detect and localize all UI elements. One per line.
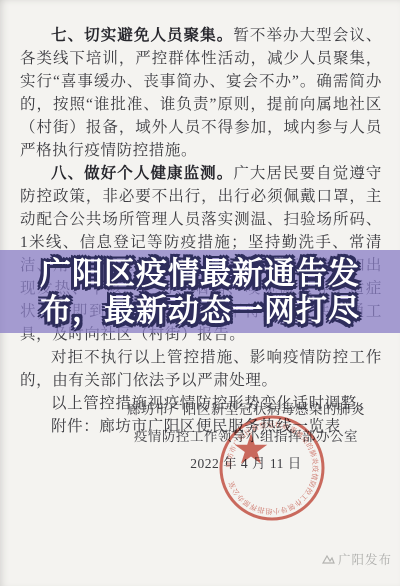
publisher-logo-icon <box>321 552 335 566</box>
headline-banner-overlay: 广阳区疫情最新通告发 布，最新动态一网打尽 <box>0 250 400 333</box>
publisher-watermark-label: 广阳发布 <box>338 550 392 568</box>
paragraph-7: 七、切实避免人员聚集。暂不举办大型会议、各类线下培训，严控群体性活动，减少人员聚… <box>20 24 382 162</box>
seal-circular-text: 廊坊市广阳区新型冠状病毒感染的肺炎疫情防控工作领导小组指挥部办公室 <box>224 420 320 516</box>
signature-block: 廊坊市广阳区新型冠状病毒感染的肺炎 疫情防控工作领导小组指挥部办公室 2022 … <box>0 396 400 477</box>
notice-body: 七、切实避免人员聚集。暂不举办大型会议、各类线下培训，严控群体性活动，减少人员聚… <box>20 24 382 438</box>
paragraph-9: 对拒不执行以上管控措施、影响疫情防控工作的，由有关部门依法予以严肃处理。 <box>20 346 382 392</box>
document-photo: 七、切实避免人员聚集。暂不举办大型会议、各类线下培训，严控群体性活动，减少人员聚… <box>0 0 400 586</box>
paragraph-8-heading: 八、做好个人健康监测。 <box>51 165 233 182</box>
paragraph-7-text: 暂不举办大型会议、各类线下培训，严控群体性活动，减少人员聚集，实行“喜事缓办、丧… <box>20 27 382 159</box>
publisher-watermark: 广阳发布 <box>321 550 392 568</box>
headline-line-2: 布，最新动态一网打尽 <box>40 292 360 329</box>
paragraph-7-heading: 七、切实避免人员聚集。 <box>51 27 233 44</box>
official-seal-stamp-icon: 廊坊市广阳区新型冠状病毒感染的肺炎疫情防控工作领导小组指挥部办公室 <box>214 411 330 527</box>
headline-line-1: 广阳区疫情最新通告发 <box>40 255 360 292</box>
svg-text:廊坊市广阳区新型冠状病毒感染的肺炎疫情防控工作领导小组指挥部: 廊坊市广阳区新型冠状病毒感染的肺炎疫情防控工作领导小组指挥部办公室 <box>224 420 320 516</box>
